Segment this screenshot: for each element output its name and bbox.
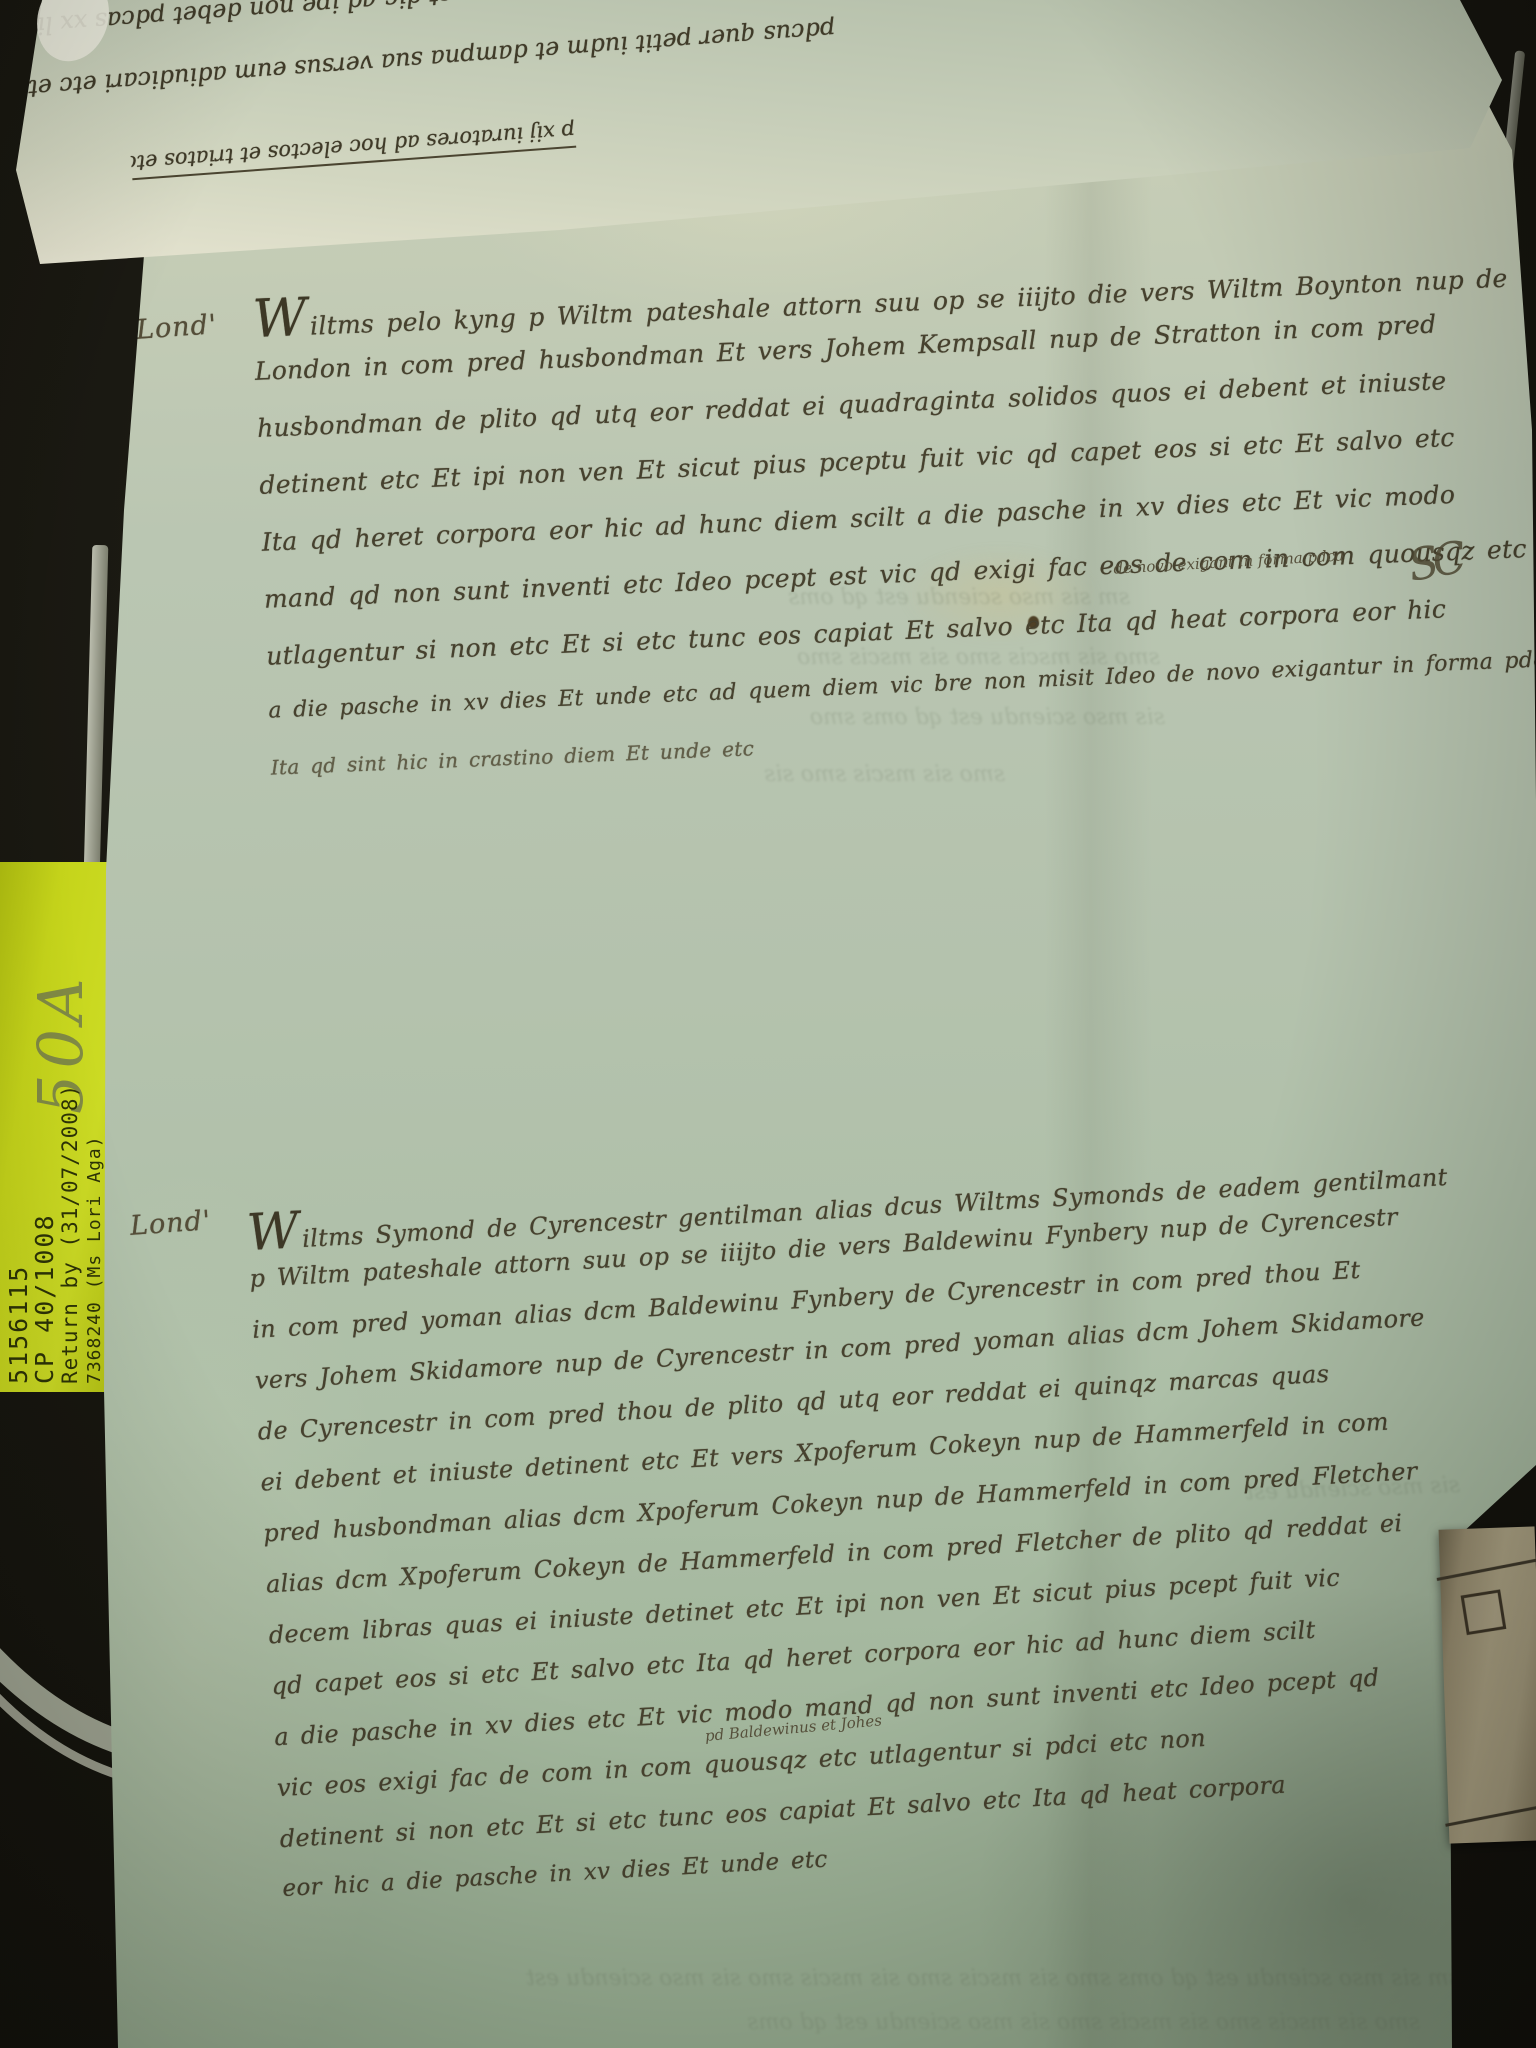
yellow-sticky-label: 50A 5156115 CP 40/1008 Return by (31/07/… [0,862,112,1392]
tag-label: Left hand page only [1417,1684,1536,1777]
verso-showthrough: sm sis mso sciendu est qd oms [700,585,1130,610]
tag-checkbox [1461,1589,1507,1635]
margin-county-note: Lond' [135,309,218,346]
label-order-number: 5156115 [4,1265,33,1384]
verso-showthrough: smo sis mscis smo sis [695,762,1005,787]
margin-county-note: Lond' [129,1205,212,1242]
clerk-monogram: SC [1404,533,1464,592]
label-reader-reference: 7368240 (Ms Lori Aga) [84,1135,105,1384]
verso-showthrough: smo sis mscis smo sis mscis smo sis mso … [420,2010,1420,2035]
verso-showthrough: sm sis mso sciendu est qd oms smo sis ms… [300,1966,1460,1991]
archive-page-tag: Left hand page only [1439,1526,1536,1843]
manuscript-line-upside-down: p xij iuratores ad hoc electos et triato… [130,119,576,181]
tag-rule [1445,1804,1536,1827]
tag-rule [1437,1558,1536,1581]
manuscript-page: Lond' Lond' Wiltms pelo kyng p Wiltm pat… [0,0,1536,2048]
photo-stage: 50A 5156115 CP 40/1008 Return by (31/07/… [0,0,1536,2048]
label-document-reference: CP 40/1008 [30,1213,59,1384]
verso-showthrough: sis mso sciendu est qd oms smo [765,705,1165,730]
verso-showthrough: smo sis mscis smo sis mscis smo [740,645,1160,670]
page-fore-edge-left [84,545,109,875]
plea-entry-2: Wiltms Symond de Cyrencestr gentilman al… [246,1146,1536,1927]
label-return-date: Return by (31/07/2008) [58,1084,82,1384]
